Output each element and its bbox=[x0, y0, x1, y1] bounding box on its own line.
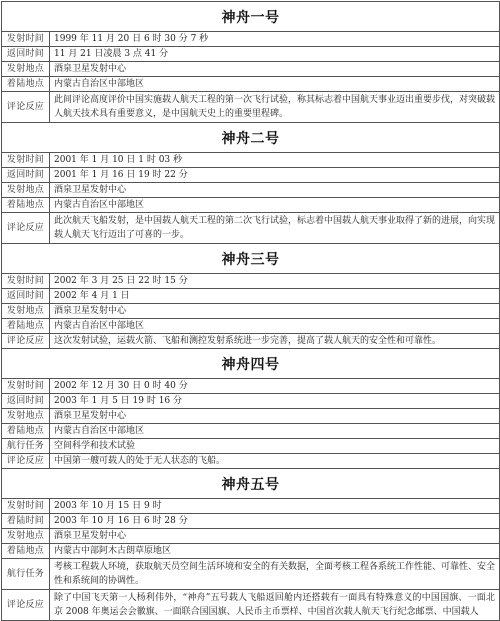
row-value: 空间科学和技术试验 bbox=[50, 439, 499, 453]
table-row: 返回时间 2001 年 1 月 16 日 19 时 22 分 bbox=[2, 168, 499, 183]
table-row: 航行任务 考核工程载人环境，获取航天员空间生活环境和安全的有关数据，全面考核工程… bbox=[2, 559, 499, 582]
row-value: 2002 年 4 月 1 日 bbox=[50, 289, 499, 303]
row-value: 11 月 21 日凌晨 3 点 41 分 bbox=[50, 47, 499, 61]
row-value: 2003 年 1 月 5 日 19 时 16 分 bbox=[50, 394, 499, 408]
row-label: 着陆地点 bbox=[2, 424, 50, 438]
row-label: 发射地点 bbox=[2, 183, 50, 197]
row-label: 航行任务 bbox=[2, 559, 50, 582]
mission-title: 神舟三号 bbox=[2, 244, 499, 274]
row-label: 评论反应 bbox=[2, 454, 50, 468]
row-label: 返回时间 bbox=[2, 394, 50, 408]
row-label: 发射时间 bbox=[2, 153, 50, 167]
table-row: 返回时间 2003 年 1 月 5 日 19 时 16 分 bbox=[2, 394, 499, 409]
table-row: 航行任务 空间科学和技术试验 bbox=[2, 439, 499, 454]
row-value: 内蒙古自治区中部地区 bbox=[50, 319, 499, 333]
row-value: 酒泉卫星发射中心 bbox=[50, 409, 499, 423]
table-row: 发射时间 2002 年 12 月 30 日 0 时 40 分 bbox=[2, 379, 499, 394]
table-row: 发射时间 1999 年 11 月 20 日 6 时 30 分 7 秒 bbox=[2, 32, 499, 47]
table-row: 评论反应 此次航天飞船发射，是中国载人航天工程的第二次飞行试验，标志着中国载人航… bbox=[2, 213, 499, 244]
row-label: 着陆时间 bbox=[2, 514, 50, 528]
table-row: 评论反应 此间评论高度评价中国实施载人航天工程的第一次飞行试验，称其标志着中国航… bbox=[2, 92, 499, 123]
row-value: 此次航天飞船发射，是中国载人航天工程的第二次飞行试验，标志着中国载人航天事业取得… bbox=[50, 213, 499, 243]
mission-section-shenzhou-2: 神舟二号 发射时间 2001 年 1 月 10 日 1 时 03 秒 返回时间 … bbox=[2, 123, 499, 244]
row-label: 发射时间 bbox=[2, 379, 50, 393]
table-row: 发射时间 2001 年 1 月 10 日 1 时 03 秒 bbox=[2, 153, 499, 168]
table-row: 发射地点 酒泉卫星发射中心 bbox=[2, 529, 499, 544]
row-value: 酒泉卫星发射中心 bbox=[50, 62, 499, 76]
row-label: 评论反应 bbox=[2, 334, 50, 348]
row-label: 着陆地点 bbox=[2, 544, 50, 558]
row-label: 航行任务 bbox=[2, 439, 50, 453]
row-value: 2002 年 3 月 25 日 22 时 15 分 bbox=[50, 274, 499, 288]
row-label: 评论反应 bbox=[2, 92, 50, 122]
table-row: 着陆时间 2003 年 10 月 16 日 6 时 28 分 bbox=[2, 514, 499, 529]
row-value: 内蒙古自治区中部地区 bbox=[50, 424, 499, 438]
row-label: 发射地点 bbox=[2, 409, 50, 423]
table-row: 发射时间 2003 年 10 月 15 日 9 时 bbox=[2, 499, 499, 514]
row-value: 这次发射试验，运载火箭、飞船和测控发射系统进一步完善，提高了载人航天的安全性和可… bbox=[50, 334, 499, 348]
row-value: 中国第一艘可载人的处于无人状态的飞船。 bbox=[50, 454, 499, 468]
row-value: 2001 年 1 月 16 日 19 时 22 分 bbox=[50, 168, 499, 182]
row-value: 2002 年 12 月 30 日 0 时 40 分 bbox=[50, 379, 499, 393]
mission-section-shenzhou-4: 神舟四号 发射时间 2002 年 12 月 30 日 0 时 40 分 返回时间… bbox=[2, 349, 499, 469]
table-row: 着陆地点 内蒙古自治区中部地区 bbox=[2, 424, 499, 439]
row-label: 返回时间 bbox=[2, 289, 50, 303]
table-row: 发射地点 酒泉卫星发射中心 bbox=[2, 409, 499, 424]
row-label: 发射地点 bbox=[2, 304, 50, 318]
mission-section-shenzhou-1: 神舟一号 发射时间 1999 年 11 月 20 日 6 时 30 分 7 秒 … bbox=[2, 2, 499, 123]
row-value: 考核工程载人环境，获取航天员空间生活环境和安全的有关数据，全面考核工程各系统工作… bbox=[50, 559, 499, 582]
row-label: 返回时间 bbox=[2, 47, 50, 61]
table-row: 评论反应 中国第一艘可载人的处于无人状态的飞船。 bbox=[2, 454, 499, 469]
row-label: 返回时间 bbox=[2, 168, 50, 182]
row-value: 2003 年 10 月 16 日 6 时 28 分 bbox=[50, 514, 499, 528]
row-value: 内蒙古中部阿木古朗草原地区 bbox=[50, 544, 499, 558]
table-row: 返回时间 2002 年 4 月 1 日 bbox=[2, 289, 499, 304]
row-label: 着陆地点 bbox=[2, 198, 50, 212]
table-row: 评论反应 这次发射试验，运载火箭、飞船和测控发射系统进一步完善，提高了载人航天的… bbox=[2, 334, 499, 349]
row-value: 此间评论高度评价中国实施载人航天工程的第一次飞行试验，称其标志着中国航天事业迈出… bbox=[50, 92, 499, 122]
table-row: 发射地点 酒泉卫星发射中心 bbox=[2, 62, 499, 77]
row-label: 着陆地点 bbox=[2, 77, 50, 91]
row-value: 酒泉卫星发射中心 bbox=[50, 529, 499, 543]
row-label: 着陆地点 bbox=[2, 319, 50, 333]
row-value: 内蒙古自治区中部地区 bbox=[50, 198, 499, 212]
row-value: 2001 年 1 月 10 日 1 时 03 秒 bbox=[50, 153, 499, 167]
row-label: 评论反应 bbox=[2, 213, 50, 243]
row-label: 发射时间 bbox=[2, 274, 50, 288]
mission-title: 神舟一号 bbox=[2, 2, 499, 32]
row-label: 发射地点 bbox=[2, 529, 50, 543]
mission-section-shenzhou-5: 神舟五号 发射时间 2003 年 10 月 15 日 9 时 着陆时间 2003… bbox=[2, 469, 499, 582]
row-label: 发射时间 bbox=[2, 32, 50, 46]
table-row: 着陆地点 内蒙古自治区中部地区 bbox=[2, 77, 499, 92]
table-row: 着陆地点 内蒙古中部阿木古朗草原地区 bbox=[2, 544, 499, 559]
mission-title: 神舟二号 bbox=[2, 123, 499, 153]
table-row: 返回时间 11 月 21 日凌晨 3 点 41 分 bbox=[2, 47, 499, 62]
row-value: 内蒙古自治区中部地区 bbox=[50, 77, 499, 91]
table-row: 发射地点 酒泉卫星发射中心 bbox=[2, 304, 499, 319]
row-value: 酒泉卫星发射中心 bbox=[50, 183, 499, 197]
row-value: 2003 年 10 月 15 日 9 时 bbox=[50, 499, 499, 513]
table-row: 发射地点 酒泉卫星发射中心 bbox=[2, 183, 499, 198]
row-value: 1999 年 11 月 20 日 6 时 30 分 7 秒 bbox=[50, 32, 499, 46]
mission-section-shenzhou-3: 神舟三号 发射时间 2002 年 3 月 25 日 22 时 15 分 返回时间… bbox=[2, 244, 499, 349]
row-label: 发射地点 bbox=[2, 62, 50, 76]
table-row: 着陆地点 内蒙古自治区中部地区 bbox=[2, 319, 499, 334]
shenzhou-missions-table: 神舟一号 发射时间 1999 年 11 月 20 日 6 时 30 分 7 秒 … bbox=[1, 1, 500, 582]
table-row: 着陆地点 内蒙古自治区中部地区 bbox=[2, 198, 499, 213]
mission-title: 神舟五号 bbox=[2, 469, 499, 499]
table-row: 发射时间 2002 年 3 月 25 日 22 时 15 分 bbox=[2, 274, 499, 289]
row-label: 发射时间 bbox=[2, 499, 50, 513]
row-value: 酒泉卫星发射中心 bbox=[50, 304, 499, 318]
mission-title: 神舟四号 bbox=[2, 349, 499, 379]
